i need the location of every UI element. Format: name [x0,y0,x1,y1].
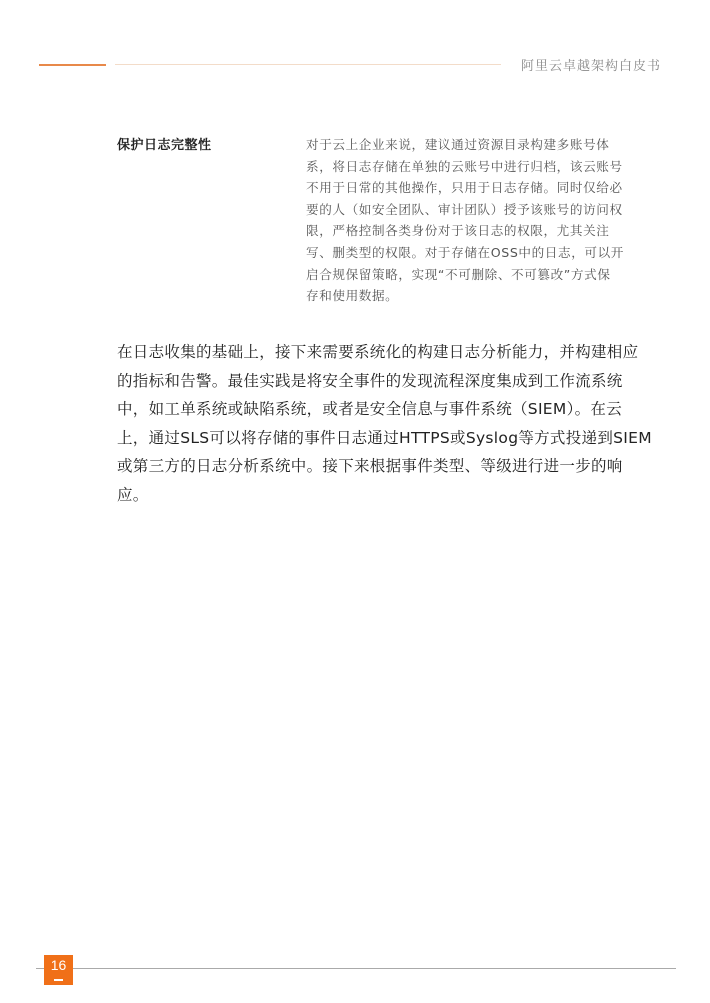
paragraph-line: 或第三方的日志分析系统中。接下来根据事件类型、等级进行进一步的响 [117,452,669,481]
paragraph-line: 在日志收集的基础上，接下来需要系统化的构建日志分析能力，并构建相应 [117,338,669,367]
description-line: 存和使用数据。 [306,285,668,307]
description-line: 启合规保留策略，实现“不可删除、不可篡改”方式保 [306,264,668,286]
paragraph-line: 上，通过SLS可以将存储的事件日志通过HTTPS或Syslog等方式投递到SIE… [117,424,669,453]
body-paragraph: 在日志收集的基础上，接下来需要系统化的构建日志分析能力，并构建相应 的指标和告警… [117,338,669,510]
page-number-underline [54,979,63,981]
footer-divider-line [36,968,676,969]
paragraph-line: 中，如工单系统或缺陷系统，或者是安全信息与事件系统（SIEM）。在云 [117,395,669,424]
description-line: 限，严格控制各类身份对于该日志的权限，尤其关注 [306,220,668,242]
paragraph-line: 的指标和告警。最佳实践是将安全事件的发现流程深度集成到工作流系统 [117,367,669,396]
description-line: 不用于日常的其他操作，只用于日志存储。同时仅给必 [306,177,668,199]
description-line: 要的人（如安全团队、审计团队）授予该账号的访问权 [306,199,668,221]
practice-description: 对于云上企业来说，建议通过资源目录构建多账号体 系，将日志存储在单独的云账号中进… [306,134,668,307]
paragraph-line: 应。 [117,481,669,510]
description-line: 写、删类型的权限。对于存储在OSS中的日志，可以开 [306,242,668,264]
page-number-badge: 16 [44,955,73,985]
description-line: 系，将日志存储在单独的云账号中进行归档，该云账号 [306,156,668,178]
header-accent-line [39,64,106,66]
document-title: 阿里云卓越架构白皮书 [521,55,661,74]
practice-label: 保护日志完整性 [117,134,212,153]
page-number: 16 [44,957,73,973]
header-divider-line [115,64,501,65]
description-line: 对于云上企业来说，建议通过资源目录构建多账号体 [306,134,668,156]
